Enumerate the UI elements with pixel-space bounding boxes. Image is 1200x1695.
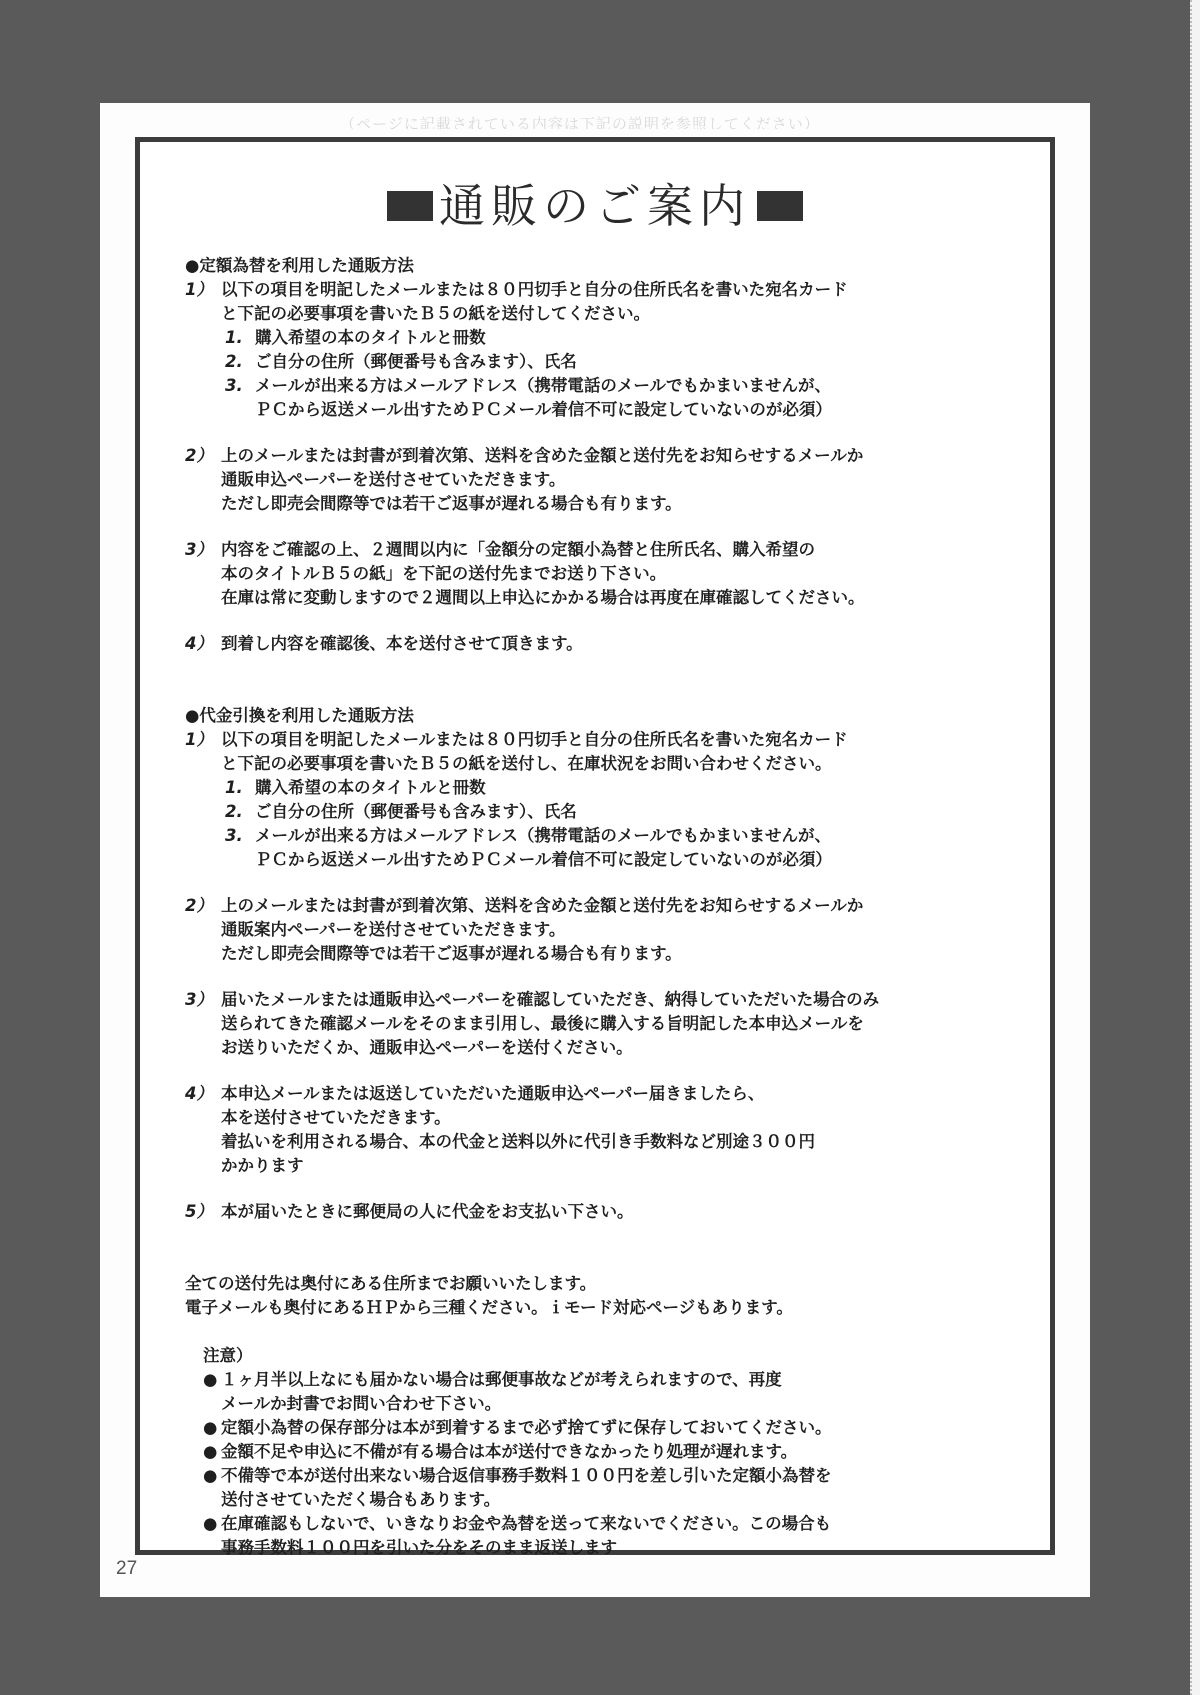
sub-item-number: 3. xyxy=(225,824,255,872)
numbered-step: 2）上のメールまたは封書が到着次第、送料を含めた金額と送付先をお知らせするメール… xyxy=(185,444,1025,516)
section-heading: ●定額為替を利用した通販方法 xyxy=(185,254,1025,278)
sub-item-body: 購入希望の本のタイトルと冊数 xyxy=(255,326,486,350)
bleed-through-text: （ページに記載されている内容は下記の説明を参照してください） xyxy=(200,113,960,129)
spacer xyxy=(185,1178,1025,1200)
note-line: 不備等で本が送付出来ない場合返信事務手数料１００円を差し引いた定額小為替を xyxy=(221,1464,832,1488)
step-line: 上のメールまたは封書が到着次第、送料を含めた金額と送付先をお知らせするメールか xyxy=(221,894,1025,918)
sub-item-number: 1. xyxy=(225,326,255,350)
note-line: 送付させていただく場合もあります。 xyxy=(221,1488,832,1512)
step-body: 以下の項目を明記したメールまたは８０円切手と自分の住所氏名を書いた宛名カードと下… xyxy=(221,278,1025,326)
spacer xyxy=(185,1224,1025,1272)
step-line: 本申込メールまたは返送していただいた通販申込ペーパー届きましたら、 xyxy=(221,1082,1025,1106)
sub-item-body: メールが出来る方はメールアドレス（携帯電話のメールでもかまいませんが、ＰＣから返… xyxy=(255,824,832,872)
note-item: ●１ヶ月半以上なにも届かない場合は郵便事故などが考えられますので、再度メールか封… xyxy=(203,1368,1025,1416)
notes-heading: 注意） xyxy=(203,1344,1025,1368)
numbered-step: 1）以下の項目を明記したメールまたは８０円切手と自分の住所氏名を書いた宛名カード… xyxy=(185,278,1025,326)
sub-item: 2.ご自分の住所（郵便番号も含みます）、氏名 xyxy=(185,350,1025,374)
step-body: 本が届いたときに郵便局の人に代金をお支払い下さい。 xyxy=(221,1200,1025,1224)
step-number: 1） xyxy=(185,278,221,326)
spacer xyxy=(185,422,1025,444)
note-body: １ヶ月半以上なにも届かない場合は郵便事故などが考えられますので、再度メールか封書… xyxy=(221,1368,782,1416)
numbered-step: 3）届いたメールまたは通販申込ペーパーを確認していただき、納得していただいた場合… xyxy=(185,988,1025,1060)
title-text: 通販のご案内 xyxy=(439,179,751,233)
bullet-icon: ● xyxy=(203,1464,221,1512)
sub-item-line: ご自分の住所（郵便番号も含みます）、氏名 xyxy=(255,350,577,374)
step-body: 上のメールまたは封書が到着次第、送料を含めた金額と送付先をお知らせするメールか通… xyxy=(221,894,1025,966)
step-number: 2） xyxy=(185,894,221,966)
sub-item-line: ご自分の住所（郵便番号も含みます）、氏名 xyxy=(255,800,577,824)
step-line: と下記の必要事項を書いたＢ５の紙を送付してください。 xyxy=(221,302,1025,326)
sub-item-number: 2. xyxy=(225,800,255,824)
content-frame: 通販のご案内 ●定額為替を利用した通販方法1）以下の項目を明記したメールまたは８… xyxy=(135,137,1055,1555)
sub-item: 3.メールが出来る方はメールアドレス（携帯電話のメールでもかまいませんが、ＰＣか… xyxy=(185,374,1025,422)
step-line: 上のメールまたは封書が到着次第、送料を含めた金額と送付先をお知らせするメールか xyxy=(221,444,1025,468)
sub-item-number: 3. xyxy=(225,374,255,422)
sub-item-line: 購入希望の本のタイトルと冊数 xyxy=(255,776,486,800)
bullet-icon: ● xyxy=(203,1416,221,1440)
step-body: 上のメールまたは封書が到着次第、送料を含めた金額と送付先をお知らせするメールか通… xyxy=(221,444,1025,516)
step-body: 以下の項目を明記したメールまたは８０円切手と自分の住所氏名を書いた宛名カードと下… xyxy=(221,728,1025,776)
step-line: ただし即売会間際等では若干ご返事が遅れる場合も有ります。 xyxy=(221,492,1025,516)
note-item: ●定額小為替の保存部分は本が到着するまで必ず捨てずに保存しておいてください。 xyxy=(203,1416,1025,1440)
square-bullet-icon xyxy=(387,191,433,221)
step-line: 以下の項目を明記したメールまたは８０円切手と自分の住所氏名を書いた宛名カード xyxy=(221,728,1025,752)
info-line: 電子メールも奥付にあるＨＰから三種ください。ｉモード対応ページもあります。 xyxy=(185,1296,1025,1320)
step-line: 在庫は常に変動しますので２週間以上申込にかかる場合は再度在庫確認してください。 xyxy=(221,586,1025,610)
note-line: １ヶ月半以上なにも届かない場合は郵便事故などが考えられますので、再度 xyxy=(221,1368,782,1392)
sub-item-line: メールが出来る方はメールアドレス（携帯電話のメールでもかまいませんが、 xyxy=(255,824,832,848)
note-item: ●金額不足や申込に不備が有る場合は本が送付できなかったり処理が遅れます。 xyxy=(203,1440,1025,1464)
spacer xyxy=(185,872,1025,894)
step-line: 以下の項目を明記したメールまたは８０円切手と自分の住所氏名を書いた宛名カード xyxy=(221,278,1025,302)
sub-item: 1.購入希望の本のタイトルと冊数 xyxy=(185,776,1025,800)
step-line: 内容をご確認の上、２週間以内に「金額分の定額小為替と住所氏名、購入希望の xyxy=(221,538,1025,562)
document-page: （ページに記載されている内容は下記の説明を参照してください） 通販のご案内 ●定… xyxy=(100,103,1090,1597)
note-item: ●不備等で本が送付出来ない場合返信事務手数料１００円を差し引いた定額小為替を送付… xyxy=(203,1464,1025,1512)
note-body: 在庫確認もしないで、いきなりお金や為替を送って来ないでください。この場合も事務手… xyxy=(221,1512,831,1560)
step-body: 内容をご確認の上、２週間以内に「金額分の定額小為替と住所氏名、購入希望の本のタイ… xyxy=(221,538,1025,610)
spacer xyxy=(185,1320,1025,1344)
numbered-step: 4）本申込メールまたは返送していただいた通販申込ペーパー届きましたら、本を送付さ… xyxy=(185,1082,1025,1178)
sub-item-line: 購入希望の本のタイトルと冊数 xyxy=(255,326,486,350)
note-line: メールか封書でお問い合わせ下さい。 xyxy=(221,1392,782,1416)
numbered-step: 2）上のメールまたは封書が到着次第、送料を含めた金額と送付先をお知らせするメール… xyxy=(185,894,1025,966)
step-number: 1） xyxy=(185,728,221,776)
note-body: 金額不足や申込に不備が有る場合は本が送付できなかったり処理が遅れます。 xyxy=(221,1440,797,1464)
step-number: 5） xyxy=(185,1200,221,1224)
step-number: 2） xyxy=(185,444,221,516)
spacer xyxy=(185,656,1025,704)
sub-item-number: 1. xyxy=(225,776,255,800)
step-line: お送りいただくか、通販申込ペーパーを送付ください。 xyxy=(221,1036,1025,1060)
spacer xyxy=(185,1060,1025,1082)
step-line: 着払いを利用される場合、本の代金と送料以外に代引き手数料など別途３００円 xyxy=(221,1130,1025,1154)
page-title: 通販のご案内 xyxy=(140,170,1050,236)
note-line: 金額不足や申込に不備が有る場合は本が送付できなかったり処理が遅れます。 xyxy=(221,1440,797,1464)
sub-item: 1.購入希望の本のタイトルと冊数 xyxy=(185,326,1025,350)
sub-item-body: ご自分の住所（郵便番号も含みます）、氏名 xyxy=(255,350,577,374)
spacer xyxy=(185,966,1025,988)
square-bullet-icon xyxy=(757,191,803,221)
sub-item-line: ＰＣから返送メール出すためＰＣメール着信不可に設定していないのが必須） xyxy=(255,398,832,422)
note-line: 事務手数料１００円を引いた分をそのまま返送します xyxy=(221,1536,831,1560)
spacer xyxy=(185,610,1025,632)
section-heading: ●代金引換を利用した通販方法 xyxy=(185,704,1025,728)
step-line: 到着し内容を確認後、本を送付させて頂きます。 xyxy=(221,632,1025,656)
sub-item-number: 2. xyxy=(225,350,255,374)
bullet-icon: ● xyxy=(203,1440,221,1464)
sub-item-body: メールが出来る方はメールアドレス（携帯電話のメールでもかまいませんが、ＰＣから返… xyxy=(255,374,832,422)
spacer xyxy=(185,516,1025,538)
page-number: 27 xyxy=(116,1558,137,1580)
step-number: 4） xyxy=(185,1082,221,1178)
step-line: ただし即売会間際等では若干ご返事が遅れる場合も有ります。 xyxy=(221,942,1025,966)
note-line: 定額小為替の保存部分は本が到着するまで必ず捨てずに保存しておいてください。 xyxy=(221,1416,832,1440)
sub-item-body: 購入希望の本のタイトルと冊数 xyxy=(255,776,486,800)
step-line: 送られてきた確認メールをそのまま引用し、最後に購入する旨明記した本申込メールを xyxy=(221,1012,1025,1036)
bullet-icon: ● xyxy=(203,1512,221,1560)
bullet-icon: ● xyxy=(203,1368,221,1416)
note-line: 在庫確認もしないで、いきなりお金や為替を送って来ないでください。この場合も xyxy=(221,1512,831,1536)
step-line: と下記の必要事項を書いたＢ５の紙を送付し、在庫状況をお問い合わせください。 xyxy=(221,752,1025,776)
step-line: 本を送付させていただきます。 xyxy=(221,1106,1025,1130)
step-number: 3） xyxy=(185,988,221,1060)
sub-item: 2.ご自分の住所（郵便番号も含みます）、氏名 xyxy=(185,800,1025,824)
sub-item: 3.メールが出来る方はメールアドレス（携帯電話のメールでもかまいませんが、ＰＣか… xyxy=(185,824,1025,872)
torn-page-edge xyxy=(1190,0,1200,1695)
step-body: 到着し内容を確認後、本を送付させて頂きます。 xyxy=(221,632,1025,656)
delivery-info: 全ての送付先は奥付にある住所までお願いいたします。電子メールも奥付にあるＨＰから… xyxy=(185,1272,1025,1320)
step-number: 3） xyxy=(185,538,221,610)
numbered-step: 3）内容をご確認の上、２週間以内に「金額分の定額小為替と住所氏名、購入希望の本の… xyxy=(185,538,1025,610)
sub-item-line: ＰＣから返送メール出すためＰＣメール着信不可に設定していないのが必須） xyxy=(255,848,832,872)
step-line: 通販案内ペーパーを送付させていただきます。 xyxy=(221,918,1025,942)
numbered-step: 4）到着し内容を確認後、本を送付させて頂きます。 xyxy=(185,632,1025,656)
sub-item-body: ご自分の住所（郵便番号も含みます）、氏名 xyxy=(255,800,577,824)
note-body: 不備等で本が送付出来ない場合返信事務手数料１００円を差し引いた定額小為替を送付さ… xyxy=(221,1464,832,1512)
step-line: 本が届いたときに郵便局の人に代金をお支払い下さい。 xyxy=(221,1200,1025,1224)
step-number: 4） xyxy=(185,632,221,656)
step-line: 本のタイトルＢ５の紙」を下記の送付先までお送り下さい。 xyxy=(221,562,1025,586)
step-line: かかります xyxy=(221,1154,1025,1178)
step-line: 通販申込ペーパーを送付させていただきます。 xyxy=(221,468,1025,492)
sub-item-line: メールが出来る方はメールアドレス（携帯電話のメールでもかまいませんが、 xyxy=(255,374,832,398)
numbered-step: 1）以下の項目を明記したメールまたは８０円切手と自分の住所氏名を書いた宛名カード… xyxy=(185,728,1025,776)
step-line: 届いたメールまたは通販申込ペーパーを確認していただき、納得していただいた場合のみ xyxy=(221,988,1025,1012)
notes-section: 注意）●１ヶ月半以上なにも届かない場合は郵便事故などが考えられますので、再度メー… xyxy=(185,1344,1025,1560)
note-body: 定額小為替の保存部分は本が到着するまで必ず捨てずに保存しておいてください。 xyxy=(221,1416,832,1440)
info-line: 全ての送付先は奥付にある住所までお願いいたします。 xyxy=(185,1272,1025,1296)
numbered-step: 5）本が届いたときに郵便局の人に代金をお支払い下さい。 xyxy=(185,1200,1025,1224)
note-item: ●在庫確認もしないで、いきなりお金や為替を送って来ないでください。この場合も事務… xyxy=(203,1512,1025,1560)
order-instructions: ●定額為替を利用した通販方法1）以下の項目を明記したメールまたは８０円切手と自分… xyxy=(185,254,1025,1560)
step-body: 届いたメールまたは通販申込ペーパーを確認していただき、納得していただいた場合のみ… xyxy=(221,988,1025,1060)
step-body: 本申込メールまたは返送していただいた通販申込ペーパー届きましたら、本を送付させて… xyxy=(221,1082,1025,1178)
